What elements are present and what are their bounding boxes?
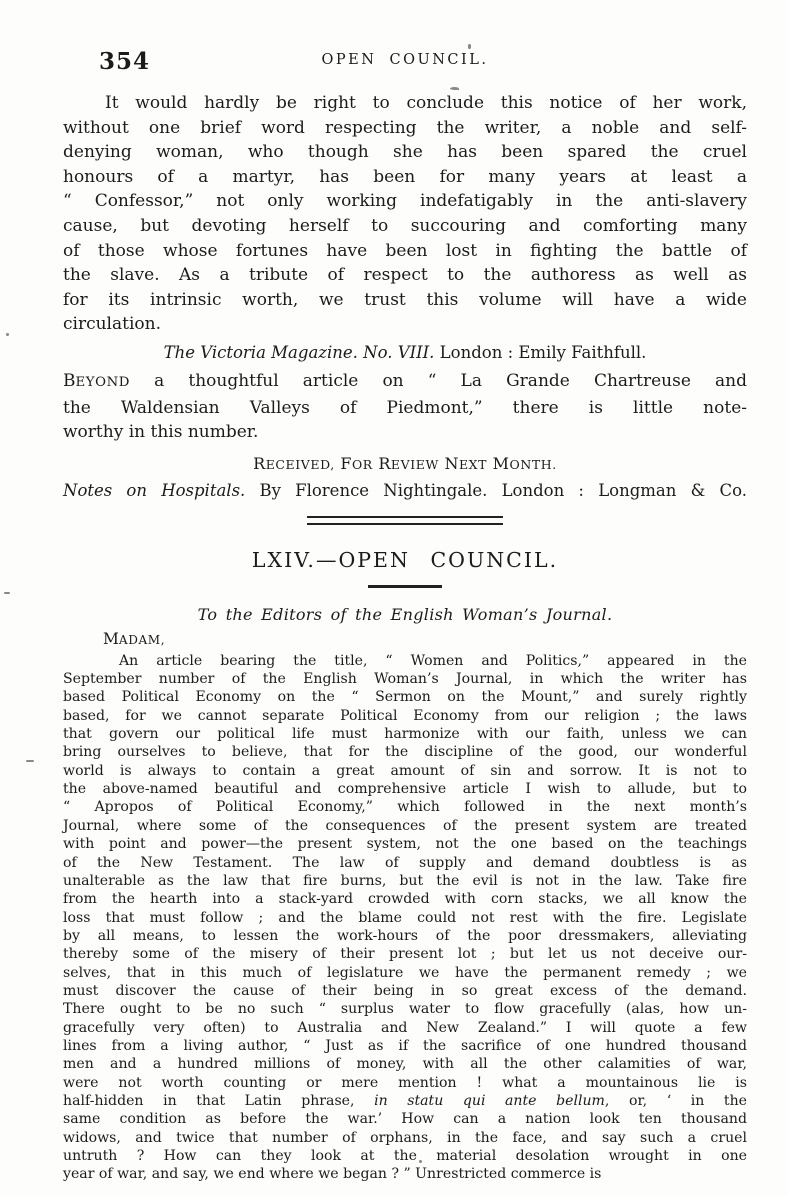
text-line: the above-named beautiful and comprehens… (63, 780, 747, 798)
text-line: loss that must follow ; and the blame co… (63, 909, 747, 927)
text-line: were not worth counting or mere mention … (63, 1074, 747, 1092)
text-run: that govern our political life must harm… (63, 726, 747, 742)
text-run: It would hardly be right to conclude thi… (105, 93, 747, 113)
text-run: M (103, 630, 119, 648)
section-divider-double-rule (307, 516, 503, 525)
review-beyond-paragraph: BEYOND a thoughtful article on “ La Gran… (63, 369, 747, 445)
text-run: widows, and twice that number of orphans… (63, 1130, 747, 1146)
text-line: world is always to contain a great amoun… (63, 762, 747, 780)
text-run: honours of a martyr, has been for many y… (63, 167, 747, 187)
text-run: the above-named beautiful and comprehens… (63, 781, 747, 797)
text-run: R (253, 454, 266, 473)
text-line: bring ourselves to believe, that for the… (63, 743, 747, 761)
received-for-review-heading: RECEIVED, FOR REVIEW NEXT MONTH. (63, 454, 747, 475)
text-line: by all means, to lessen the work-hours o… (63, 927, 747, 945)
text-run: a thoughtful article on “ La Grande Char… (130, 371, 747, 391)
text-run: must discover the cause of their being i… (63, 983, 747, 999)
text-line: untruth ? How can they look at the mater… (63, 1147, 747, 1165)
text-run: lines from a living author, “ Just as if… (63, 1038, 747, 1054)
text-run: Journal, where some of the consequences … (63, 818, 747, 834)
text-run: There ought to be no such “ surplus wate… (63, 1001, 747, 1017)
scanned-page: 354 OPEN COUNCIL. It would hardly be rig… (0, 0, 788, 1195)
text-line: must discover the cause of their being i… (63, 982, 747, 1000)
text-line: that govern our political life must harm… (63, 725, 747, 743)
text-line: “ Apropos of Political Economy,” which f… (63, 798, 747, 816)
italic-text-run: To the Editors of the English Woman’s Jo… (198, 605, 613, 624)
text-run: with point and power—the present system,… (63, 836, 747, 852)
text-run: R (373, 454, 391, 473)
text-run: circulation. (63, 314, 161, 334)
small-caps-text-run: ONTH. (510, 457, 557, 472)
letter-body-paragraph: An article bearing the title, “ Women an… (63, 652, 747, 1184)
text-run: M (487, 454, 509, 473)
text-line: worthy in this number. (63, 420, 747, 445)
text-run: An article bearing the title, “ Women an… (119, 653, 747, 669)
text-run: for its intrinsic worth, we trust this v… (63, 290, 747, 310)
text-run: without one brief word respecting the wr… (63, 118, 747, 138)
text-run: by all means, to lessen the work-hours o… (63, 928, 747, 944)
small-caps-text-run: ECEIVED, (266, 457, 335, 472)
text-run: same condition as before the war.’ How c… (63, 1111, 747, 1127)
text-run: selves, that in this much of legislature… (63, 965, 747, 981)
text-run: bring ourselves to believe, that for the… (63, 744, 747, 760)
text-run: worthy in this number. (63, 422, 258, 442)
text-run: F (335, 454, 352, 473)
letter-salutation-madam: MADAM, (63, 630, 747, 650)
text-run: half-hidden in that Latin phrase, (63, 1093, 374, 1109)
text-line: selves, that in this much of legislature… (63, 964, 747, 982)
text-line: for its intrinsic worth, we trust this v… (63, 288, 747, 313)
text-run: denying woman, who though she has been s… (63, 142, 747, 162)
text-line: circulation. (63, 312, 747, 337)
text-run: cause, but devoting herself to succourin… (63, 216, 747, 236)
text-run: world is always to contain a great amoun… (63, 763, 747, 779)
text-run: unalterable as the law that fire burns, … (63, 873, 747, 889)
text-line: thereby some of the misery of their pres… (63, 945, 747, 963)
text-line: honours of a martyr, has been for many y… (63, 165, 747, 190)
text-line: the Waldensian Valleys of Piedmont,” the… (63, 396, 747, 421)
text-run: N (439, 454, 459, 473)
text-run: “ Confessor,” not only working indefatig… (63, 191, 747, 211)
scan-artifact (6, 333, 9, 336)
text-run: By Florence Nightingale. London : Longma… (245, 481, 747, 500)
text-line: BEYOND a thoughtful article on “ La Gran… (63, 369, 747, 396)
review-citation-victoria-magazine: The Victoria Magazine. No. VIII. London … (63, 341, 747, 364)
text-run: men and a hundred millions of money, wit… (63, 1056, 747, 1072)
running-head: OPEN COUNCIL. (63, 52, 747, 68)
text-run: based Political Economy on the “ Sermon … (63, 689, 747, 705)
text-line: same condition as before the war.’ How c… (63, 1110, 747, 1128)
text-line: the slave. As a tribute of respect to th… (63, 263, 747, 288)
italic-text-run: in statu qui ante bellum (374, 1093, 605, 1109)
text-line: “ Confessor,” not only working indefatig… (63, 189, 747, 214)
text-column: 354 OPEN COUNCIL. It would hardly be rig… (63, 0, 747, 1184)
text-run: untruth ? How can they look at the mater… (63, 1148, 747, 1164)
text-run: year of war, and say, we end where we be… (63, 1166, 601, 1182)
small-caps-text-run: OR (352, 457, 373, 472)
text-line: An article bearing the title, “ Women an… (63, 652, 747, 670)
text-line: There ought to be no such “ surplus wate… (63, 1000, 747, 1018)
heading-underline-rule (368, 585, 442, 588)
text-run: B (63, 371, 76, 391)
text-line: from the hearth into a stack-yard crowde… (63, 890, 747, 908)
text-line: without one brief word respecting the wr… (63, 116, 747, 141)
text-line: men and a hundred millions of money, wit… (63, 1055, 747, 1073)
text-line: year of war, and say, we end where we be… (63, 1165, 747, 1183)
text-run: the slave. As a tribute of respect to th… (63, 265, 747, 285)
text-run: of the New Testament. The law of supply … (63, 855, 747, 871)
text-line: cause, but devoting herself to succourin… (63, 214, 747, 239)
section-heading-open-council: LXIV.—OPEN COUNCIL. (63, 548, 747, 572)
text-line: gracefully very often) to Australia and … (63, 1019, 747, 1037)
review-citation-notes-on-hospitals: Notes on Hospitals. By Florence Nighting… (63, 479, 747, 502)
text-line: denying woman, who though she has been s… (63, 140, 747, 165)
small-caps-text-run: EXT (459, 457, 487, 472)
text-run: London : Emily Faithfull. (434, 343, 646, 362)
text-run: “ Apropos of Political Economy,” which f… (63, 799, 747, 815)
text-run: September number of the English Woman’s … (63, 671, 747, 687)
letter-salutation-address: To the Editors of the English Woman’s Jo… (63, 605, 747, 624)
text-line: unalterable as the law that fire burns, … (63, 872, 747, 890)
text-run: loss that must follow ; and the blame co… (63, 910, 747, 926)
text-line: based, for we cannot separate Political … (63, 707, 747, 725)
text-line: with point and power—the present system,… (63, 835, 747, 853)
text-line: of the New Testament. The law of supply … (63, 854, 747, 872)
text-line: lines from a living author, “ Just as if… (63, 1037, 747, 1055)
page-header: 354 OPEN COUNCIL. (63, 48, 747, 76)
small-caps-text-run: EYOND (76, 375, 131, 390)
small-caps-text-run: EVIEW (391, 457, 439, 472)
small-caps-text-run: ADAM, (119, 633, 165, 647)
text-line: half-hidden in that Latin phrase, in sta… (63, 1092, 747, 1110)
text-run: gracefully very often) to Australia and … (63, 1020, 747, 1036)
scan-artifact (26, 760, 34, 762)
text-run: the Waldensian Valleys of Piedmont,” the… (63, 398, 747, 418)
review-notice-paragraph: It would hardly be right to conclude thi… (63, 91, 747, 337)
italic-text-run: Notes on Hospitals. (63, 481, 245, 500)
text-run: based, for we cannot separate Political … (63, 708, 747, 724)
scan-artifact (4, 592, 10, 594)
italic-text-run: The Victoria Magazine. No. VIII. (164, 343, 435, 362)
text-line: based Political Economy on the “ Sermon … (63, 688, 747, 706)
text-run: were not worth counting or mere mention … (63, 1075, 747, 1091)
text-line: It would hardly be right to conclude thi… (63, 91, 747, 116)
text-line: of those whose fortunes have been lost i… (63, 239, 747, 264)
text-run: of those whose fortunes have been lost i… (63, 241, 747, 261)
text-run: from the hearth into a stack-yard crowde… (63, 891, 747, 907)
text-run: , or, ‘ in the (605, 1093, 747, 1109)
text-line: widows, and twice that number of orphans… (63, 1129, 747, 1147)
text-run: thereby some of the misery of their pres… (63, 946, 747, 962)
text-line: September number of the English Woman’s … (63, 670, 747, 688)
text-line: Journal, where some of the consequences … (63, 817, 747, 835)
